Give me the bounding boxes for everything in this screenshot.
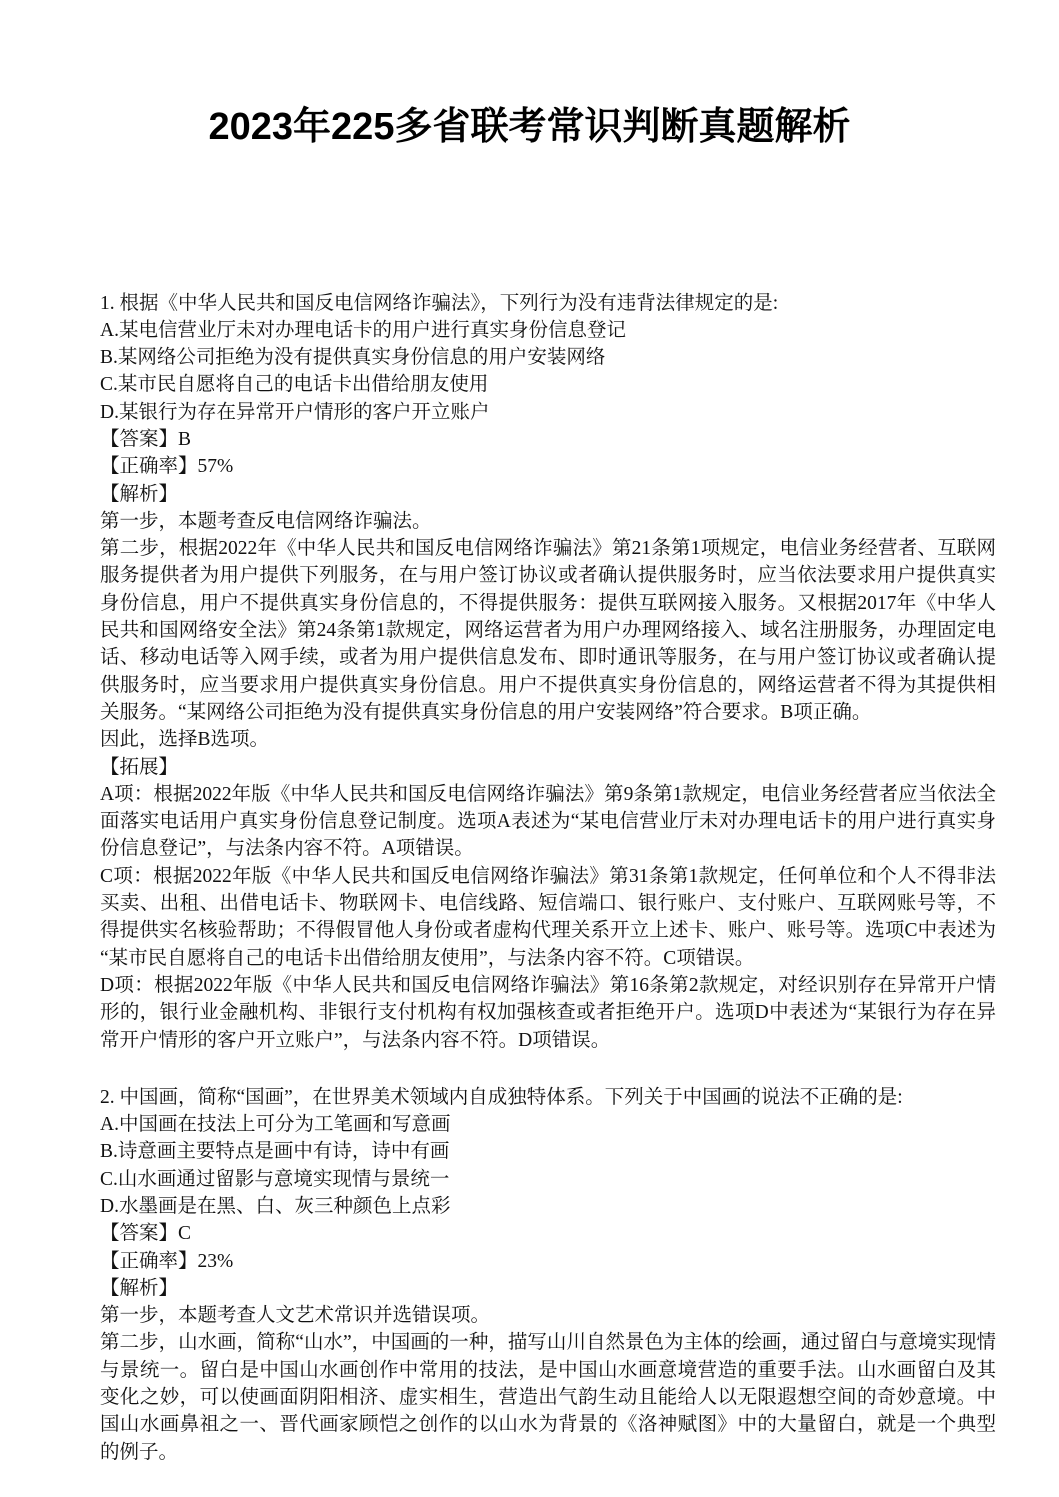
question-2-option-a: A.中国画在技法上可分为工笔画和写意画 [100, 1111, 996, 1138]
document-page: 2023年225多省联考常识判断真题解析 1. 根据《中华人民共和国反电信网络诈… [0, 0, 1059, 1497]
question-1-expansion-a: A项：根据2022年版《中华人民共和国反电信网络诈骗法》第9条第1款规定，电信业… [100, 781, 996, 863]
question-1-option-b: B.某网络公司拒绝为没有提供真实身份信息的用户安装网络 [100, 344, 996, 371]
question-2: 2. 中国画，简称“国画”，在世界美术领域内自成独特体系。下列关于中国画的说法不… [100, 1084, 996, 1466]
question-1: 1. 根据《中华人民共和国反电信网络诈骗法》，下列行为没有违背法律规定的是: A… [100, 290, 996, 1054]
question-1-option-a: A.某电信营业厅未对办理电话卡的用户进行真实身份信息登记 [100, 317, 996, 344]
question-2-analysis-step2: 第二步，山水画，简称“山水”，中国画的一种，描写山川自然景色为主体的绘画，通过留… [100, 1329, 996, 1465]
question-2-stem: 2. 中国画，简称“国画”，在世界美术领域内自成独特体系。下列关于中国画的说法不… [100, 1084, 996, 1111]
question-2-accuracy: 【正确率】23% [100, 1248, 996, 1275]
question-1-analysis-conclusion: 因此，选择B选项。 [100, 726, 996, 753]
document-body: 1. 根据《中华人民共和国反电信网络诈骗法》，下列行为没有违背法律规定的是: A… [100, 290, 996, 1466]
question-2-analysis-header: 【解析】 [100, 1275, 996, 1302]
question-1-option-c: C.某市民自愿将自己的电话卡出借给朋友使用 [100, 371, 996, 398]
question-1-analysis-header: 【解析】 [100, 481, 996, 508]
question-2-analysis-step1: 第一步，本题考查人文艺术常识并选错误项。 [100, 1302, 996, 1329]
question-1-expansion-c: C项：根据2022年版《中华人民共和国反电信网络诈骗法》第31条第1款规定，任何… [100, 863, 996, 972]
question-2-option-d: D.水墨画是在黑、白、灰三种颜色上点彩 [100, 1193, 996, 1220]
document-title: 2023年225多省联考常识判断真题解析 [0, 0, 1059, 152]
question-2-option-b: B.诗意画主要特点是画中有诗，诗中有画 [100, 1138, 996, 1165]
question-1-analysis-step1: 第一步，本题考查反电信网络诈骗法。 [100, 508, 996, 535]
question-2-option-c: C.山水画通过留影与意境实现情与景统一 [100, 1166, 996, 1193]
question-1-analysis-step2: 第二步，根据2022年《中华人民共和国反电信网络诈骗法》第21条第1项规定，电信… [100, 535, 996, 726]
question-1-accuracy: 【正确率】57% [100, 453, 996, 480]
question-1-stem: 1. 根据《中华人民共和国反电信网络诈骗法》，下列行为没有违背法律规定的是: [100, 290, 996, 317]
question-1-expansion-header: 【拓展】 [100, 754, 996, 781]
question-1-option-d: D.某银行为存在异常开户情形的客户开立账户 [100, 399, 996, 426]
question-2-answer: 【答案】C [100, 1220, 996, 1247]
question-1-answer: 【答案】B [100, 426, 996, 453]
question-1-expansion-d: D项：根据2022年版《中华人民共和国反电信网络诈骗法》第16条第2款规定，对经… [100, 972, 996, 1054]
